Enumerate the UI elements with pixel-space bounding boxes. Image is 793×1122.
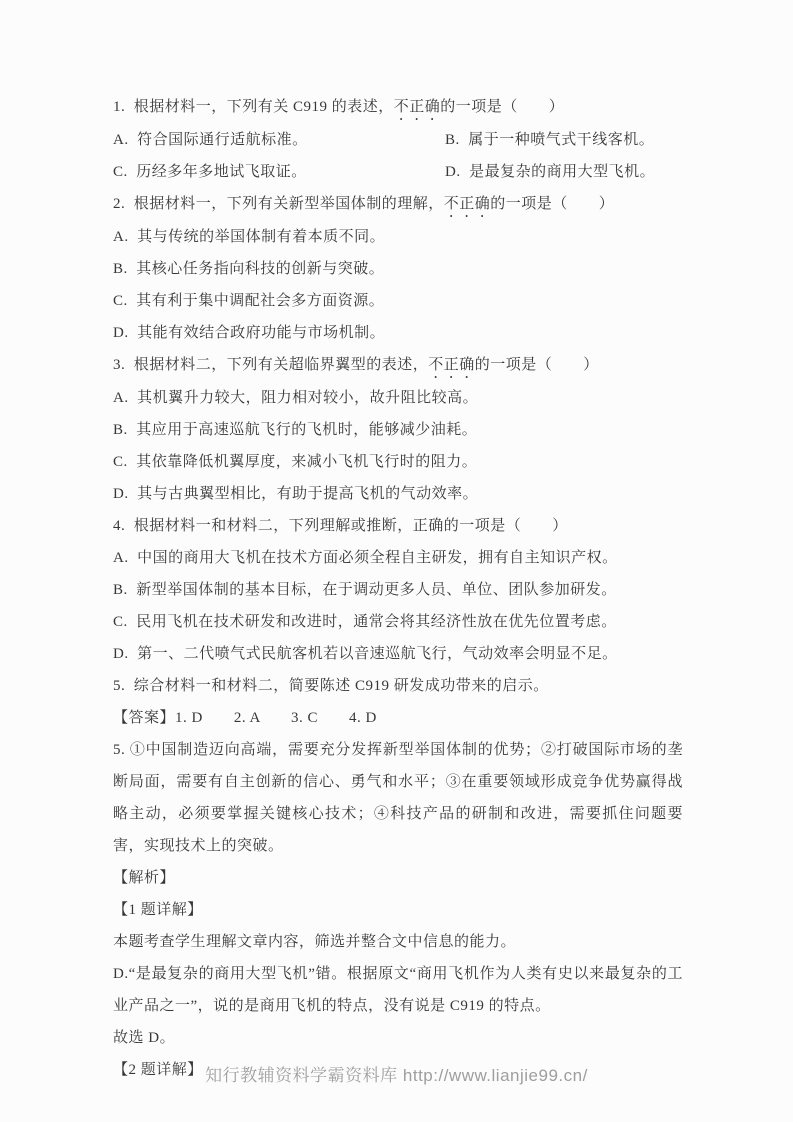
option-2b: B. 其核心任务指向科技的创新与突破。 <box>113 253 683 285</box>
question-1-stem: 1. 根据材料一，下列有关 C919 的表述，不正确的一项是（ ） <box>113 91 683 124</box>
question-4-stem: 4. 根据材料一和材料二，下列理解或推断，正确的一项是（ ） <box>113 510 683 542</box>
question-2-stem: 2. 根据材料一，下列有关新型举国体制的理解，不正确的一项是（ ） <box>113 188 683 221</box>
question-2-emphasis: 不正确 <box>444 196 491 212</box>
document-page: 1. 根据材料一，下列有关 C919 的表述，不正确的一项是（ ） A. 符合国… <box>0 0 793 1122</box>
question-5-stem: 5. 综合材料一和材料二，简要陈述 C919 研发成功带来的启示。 <box>113 670 683 702</box>
question-2-pre: 2. 根据材料一，下列有关新型举国体制的理解， <box>113 196 444 212</box>
option-3b: B. 其应用于高速巡航飞行的飞机时，能够减少油耗。 <box>113 414 683 446</box>
question-1-options-row-ab: A. 符合国际通行适航标准。 B. 属于一种喷气式干线客机。 <box>113 124 683 156</box>
analysis-q1-intro: 本题考查学生理解文章内容，筛选并整合文中信息的能力。 <box>113 926 683 958</box>
option-3d: D. 其与古典翼型相比，有助于提高飞机的气动效率。 <box>113 478 683 510</box>
option-1c: C. 历经多年多地试飞取证。 <box>113 156 445 188</box>
option-3c: C. 其依靠降低机翼厚度，来减小飞机飞行时的阻力。 <box>113 446 683 478</box>
option-3a: A. 其机翼升力较大，阻力相对较小，故升阻比较高。 <box>113 382 683 414</box>
option-2a: A. 其与传统的举国体制有着本质不同。 <box>113 221 683 253</box>
question-3-stem: 3. 根据材料二，下列有关超临界翼型的表述，不正确的一项是（ ） <box>113 349 683 382</box>
question-1-options-row-cd: C. 历经多年多地试飞取证。 D. 是最复杂的商用大型飞机。 <box>113 156 683 188</box>
option-1d: D. 是最复杂的商用大型飞机。 <box>445 156 683 188</box>
option-1b: B. 属于一种喷气式干线客机。 <box>445 124 683 156</box>
footer-watermark: 知行教辅资料学霸资料库 http://www.lianjie99.cn/ <box>0 1062 793 1090</box>
question-1-post: 的一项是（ ） <box>440 99 564 115</box>
answer-5-paragraph: 5. ①中国制造迈向高端，需要充分发挥新型举国体制的优势；②打破国际市场的垄断局… <box>113 734 683 862</box>
analysis-q1-conclusion: 故选 D。 <box>113 1022 683 1054</box>
exam-content: 1. 根据材料一，下列有关 C919 的表述，不正确的一项是（ ） A. 符合国… <box>113 91 683 1086</box>
analysis-header: 【解析】 <box>113 862 683 894</box>
question-1-pre: 1. 根据材料一，下列有关 C919 的表述， <box>113 99 394 115</box>
question-2-post: 的一项是（ ） <box>490 196 614 212</box>
question-3-post: 的一项是（ ） <box>475 357 599 373</box>
option-4a: A. 中国的商用大飞机在技术方面必须全程自主研发，拥有自主知识产权。 <box>113 542 683 574</box>
option-2c: C. 其有利于集中调配社会多方面资源。 <box>113 285 683 317</box>
option-2d: D. 其能有效结合政府功能与市场机制。 <box>113 317 683 349</box>
option-4b: B. 新型举国体制的基本目标，在于调动更多人员、单位、团队参加研发。 <box>113 574 683 606</box>
option-4d: D. 第一、二代喷气式民航客机若以音速巡航飞行，气动效率会明显不足。 <box>113 638 683 670</box>
analysis-q1-header: 【1 题详解】 <box>113 894 683 926</box>
answer-key-line: 【答案】1. D 2. A 3. C 4. D <box>113 702 683 734</box>
analysis-q1-explanation: D.“是最复杂的商用大型飞机”错。根据原文“商用飞机作为人类有史以来最复杂的工业… <box>113 958 683 1022</box>
option-1a: A. 符合国际通行适航标准。 <box>113 124 445 156</box>
question-1-emphasis: 不正确 <box>394 99 441 115</box>
question-3-emphasis: 不正确 <box>428 357 475 373</box>
option-4c: C. 民用飞机在技术研发和改进时，通常会将其经济性放在优先位置考虑。 <box>113 606 683 638</box>
question-3-pre: 3. 根据材料二，下列有关超临界翼型的表述， <box>113 357 428 373</box>
